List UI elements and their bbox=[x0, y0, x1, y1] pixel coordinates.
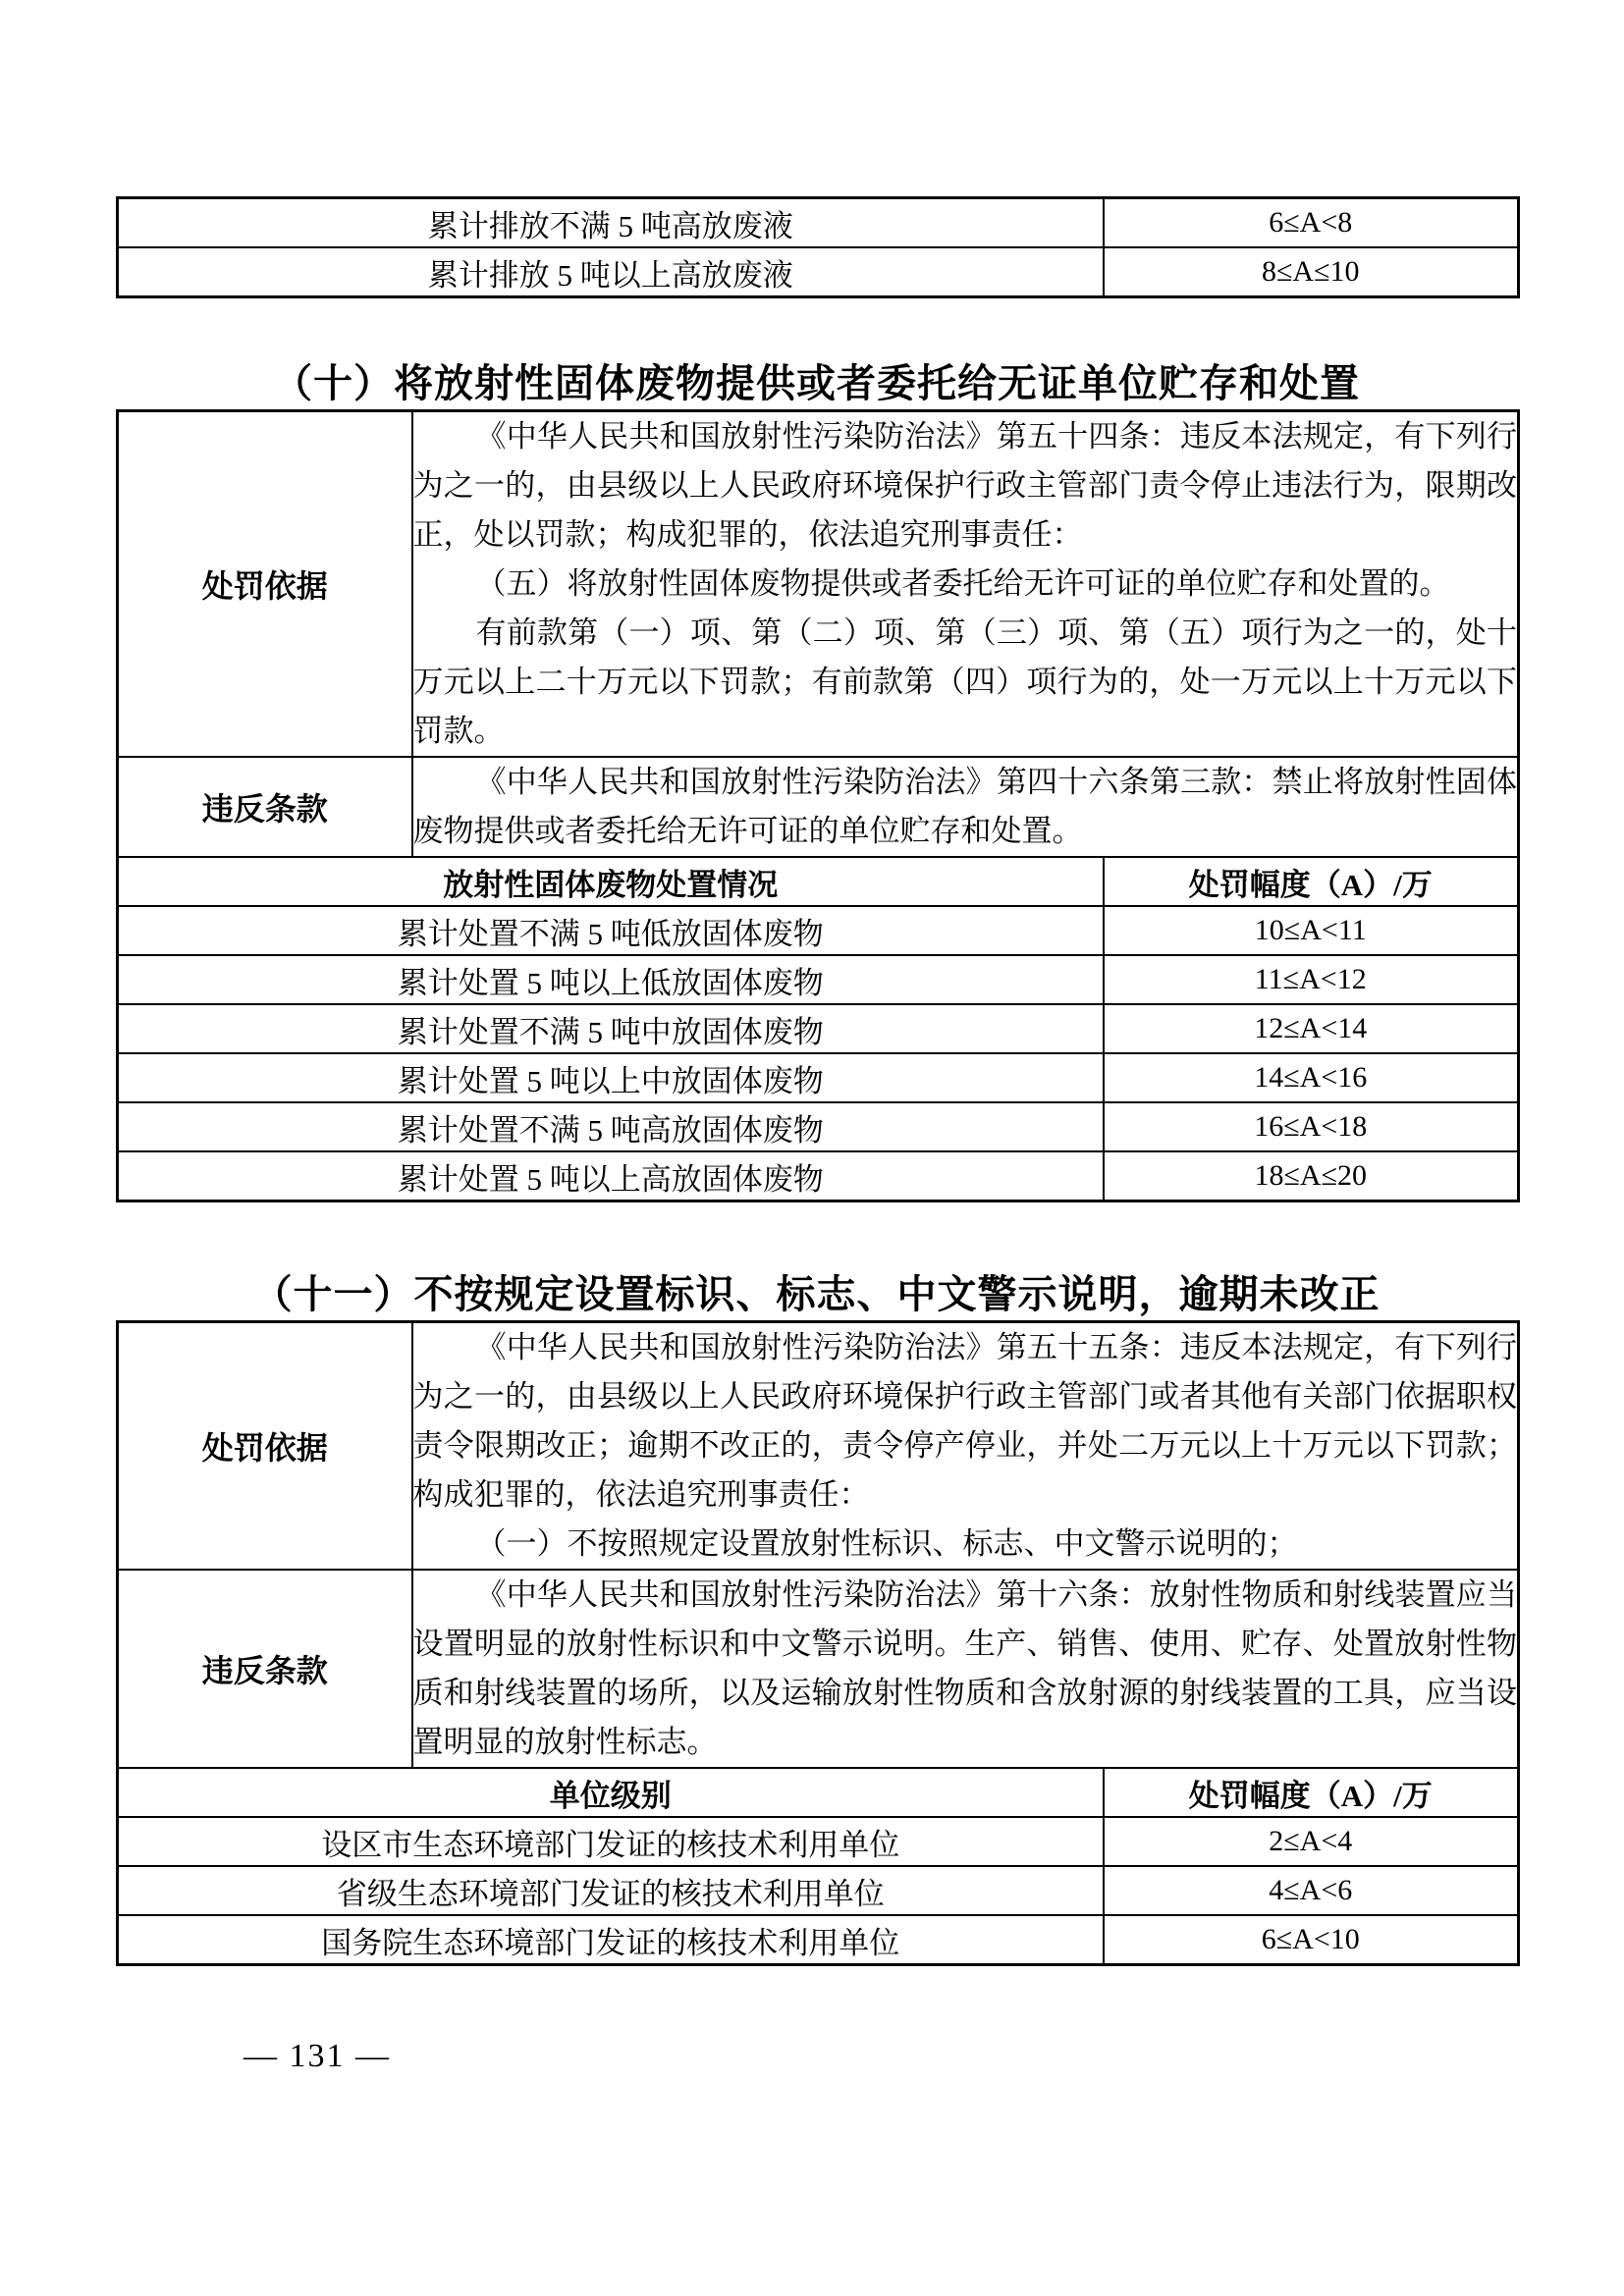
violated-clause-label: 违反条款 bbox=[118, 757, 412, 857]
table-header-row: 放射性固体废物处置情况 处罚幅度（A）/万 bbox=[118, 857, 1519, 906]
legal-paragraph: （一）不按照规定设置放射性标识、标志、中文警示说明的； bbox=[413, 1520, 1518, 1569]
violated-clause-row: 违反条款 《中华人民共和国放射性污染防治法》第四十六条第三款：禁止将放射性固体废… bbox=[118, 757, 1519, 857]
penalty-range-header: 处罚幅度（A）/万 bbox=[1104, 1768, 1519, 1817]
penalty-basis-label: 处罚依据 bbox=[118, 1322, 412, 1571]
page-number: — 131 — bbox=[244, 2038, 391, 2075]
continuation-penalty-table: 累计排放不满 5 吨高放废液 6≤A<8 累计排放 5 吨以上高放废液 8≤A≤… bbox=[116, 196, 1520, 298]
penalty-range-value: 16≤A<18 bbox=[1104, 1102, 1519, 1151]
penalty-range-value: 10≤A<11 bbox=[1104, 906, 1519, 955]
penalty-range-value: 6≤A<8 bbox=[1104, 198, 1519, 248]
disposal-situation-label: 累计处置 5 吨以上低放固体废物 bbox=[118, 955, 1104, 1004]
unit-level-label: 设区市生态环境部门发证的核技术利用单位 bbox=[118, 1817, 1104, 1866]
penalty-range-value: 6≤A<10 bbox=[1104, 1915, 1519, 1965]
unit-level-header: 单位级别 bbox=[118, 1768, 1104, 1817]
violated-clause-label: 违反条款 bbox=[118, 1570, 412, 1768]
table-row: 累计排放不满 5 吨高放废液 6≤A<8 bbox=[118, 198, 1519, 248]
penalty-range-value: 11≤A<12 bbox=[1104, 955, 1519, 1004]
unit-level-label: 国务院生态环境部门发证的核技术利用单位 bbox=[118, 1915, 1104, 1965]
section-11-heading: （十一）不按规定设置标识、标志、中文警示说明，逾期未改正 bbox=[116, 1270, 1517, 1319]
section-10-heading: （十）将放射性固体废物提供或者委托给无证单位贮存和处置 bbox=[116, 359, 1517, 408]
penalty-range-value: 12≤A<14 bbox=[1104, 1004, 1519, 1053]
table-row: 累计处置 5 吨以上中放固体废物 14≤A<16 bbox=[118, 1053, 1519, 1102]
table-row: 设区市生态环境部门发证的核技术利用单位 2≤A<4 bbox=[118, 1817, 1519, 1866]
penalty-range-value: 8≤A≤10 bbox=[1104, 247, 1519, 297]
disposal-situation-label: 累计处置不满 5 吨低放固体废物 bbox=[118, 906, 1104, 955]
table-row: 累计处置不满 5 吨低放固体废物 10≤A<11 bbox=[118, 906, 1519, 955]
penalty-range-value: 4≤A<6 bbox=[1104, 1866, 1519, 1915]
violated-clause-text: 《中华人民共和国放射性污染防治法》第十六条：放射性物质和射线装置应当设置明显的放… bbox=[412, 1570, 1519, 1768]
table-row: 累计处置不满 5 吨中放固体废物 12≤A<14 bbox=[118, 1004, 1519, 1053]
violated-clause-text: 《中华人民共和国放射性污染防治法》第四十六条第三款：禁止将放射性固体废物提供或者… bbox=[412, 757, 1519, 857]
waste-discharge-label: 累计排放不满 5 吨高放废液 bbox=[118, 198, 1104, 248]
table-row: 累计处置不满 5 吨高放固体废物 16≤A<18 bbox=[118, 1102, 1519, 1151]
legal-paragraph: 有前款第（一）项、第（二）项、第（三）项、第（五）项行为之一的，处十万元以上二十… bbox=[413, 609, 1518, 756]
legal-paragraph: （五）将放射性固体废物提供或者委托给无许可证的单位贮存和处置的。 bbox=[413, 560, 1518, 609]
document-page: 累计排放不满 5 吨高放废液 6≤A<8 累计排放 5 吨以上高放废液 8≤A≤… bbox=[0, 0, 1624, 2296]
disposal-situation-label: 累计处置不满 5 吨中放固体废物 bbox=[118, 1004, 1104, 1053]
legal-paragraph: 《中华人民共和国放射性污染防治法》第五十五条：违反本法规定，有下列行为之一的，由… bbox=[413, 1323, 1518, 1520]
unit-level-label: 省级生态环境部门发证的核技术利用单位 bbox=[118, 1866, 1104, 1915]
table-row: 累计处置 5 吨以上高放固体废物 18≤A≤20 bbox=[118, 1151, 1519, 1201]
section-10-penalty-table: 处罚依据 《中华人民共和国放射性污染防治法》第五十四条：违反本法规定，有下列行为… bbox=[116, 409, 1520, 1202]
penalty-range-value: 18≤A≤20 bbox=[1104, 1151, 1519, 1201]
penalty-basis-row: 处罚依据 《中华人民共和国放射性污染防治法》第五十四条：违反本法规定，有下列行为… bbox=[118, 411, 1519, 758]
disposal-situation-header: 放射性固体废物处置情况 bbox=[118, 857, 1104, 906]
legal-paragraph: 《中华人民共和国放射性污染防治法》第五十四条：违反本法规定，有下列行为之一的，由… bbox=[413, 412, 1518, 560]
penalty-basis-text: 《中华人民共和国放射性污染防治法》第五十五条：违反本法规定，有下列行为之一的，由… bbox=[412, 1322, 1519, 1571]
table-header-row: 单位级别 处罚幅度（A）/万 bbox=[118, 1768, 1519, 1817]
penalty-basis-row: 处罚依据 《中华人民共和国放射性污染防治法》第五十五条：违反本法规定，有下列行为… bbox=[118, 1322, 1519, 1571]
legal-paragraph: 《中华人民共和国放射性污染防治法》第十六条：放射性物质和射线装置应当设置明显的放… bbox=[413, 1571, 1518, 1767]
penalty-basis-label: 处罚依据 bbox=[118, 411, 412, 758]
table-row: 累计处置 5 吨以上低放固体废物 11≤A<12 bbox=[118, 955, 1519, 1004]
penalty-range-header: 处罚幅度（A）/万 bbox=[1104, 857, 1519, 906]
penalty-range-value: 2≤A<4 bbox=[1104, 1817, 1519, 1866]
disposal-situation-label: 累计处置不满 5 吨高放固体废物 bbox=[118, 1102, 1104, 1151]
penalty-basis-text: 《中华人民共和国放射性污染防治法》第五十四条：违反本法规定，有下列行为之一的，由… bbox=[412, 411, 1519, 758]
disposal-situation-label: 累计处置 5 吨以上高放固体废物 bbox=[118, 1151, 1104, 1201]
table-row: 国务院生态环境部门发证的核技术利用单位 6≤A<10 bbox=[118, 1915, 1519, 1965]
waste-discharge-label: 累计排放 5 吨以上高放废液 bbox=[118, 247, 1104, 297]
disposal-situation-label: 累计处置 5 吨以上中放固体废物 bbox=[118, 1053, 1104, 1102]
section-11-penalty-table: 处罚依据 《中华人民共和国放射性污染防治法》第五十五条：违反本法规定，有下列行为… bbox=[116, 1320, 1520, 1966]
penalty-range-value: 14≤A<16 bbox=[1104, 1053, 1519, 1102]
legal-paragraph: 《中华人民共和国放射性污染防治法》第四十六条第三款：禁止将放射性固体废物提供或者… bbox=[413, 758, 1518, 856]
table-row: 累计排放 5 吨以上高放废液 8≤A≤10 bbox=[118, 247, 1519, 297]
violated-clause-row: 违反条款 《中华人民共和国放射性污染防治法》第十六条：放射性物质和射线装置应当设… bbox=[118, 1570, 1519, 1768]
table-row: 省级生态环境部门发证的核技术利用单位 4≤A<6 bbox=[118, 1866, 1519, 1915]
